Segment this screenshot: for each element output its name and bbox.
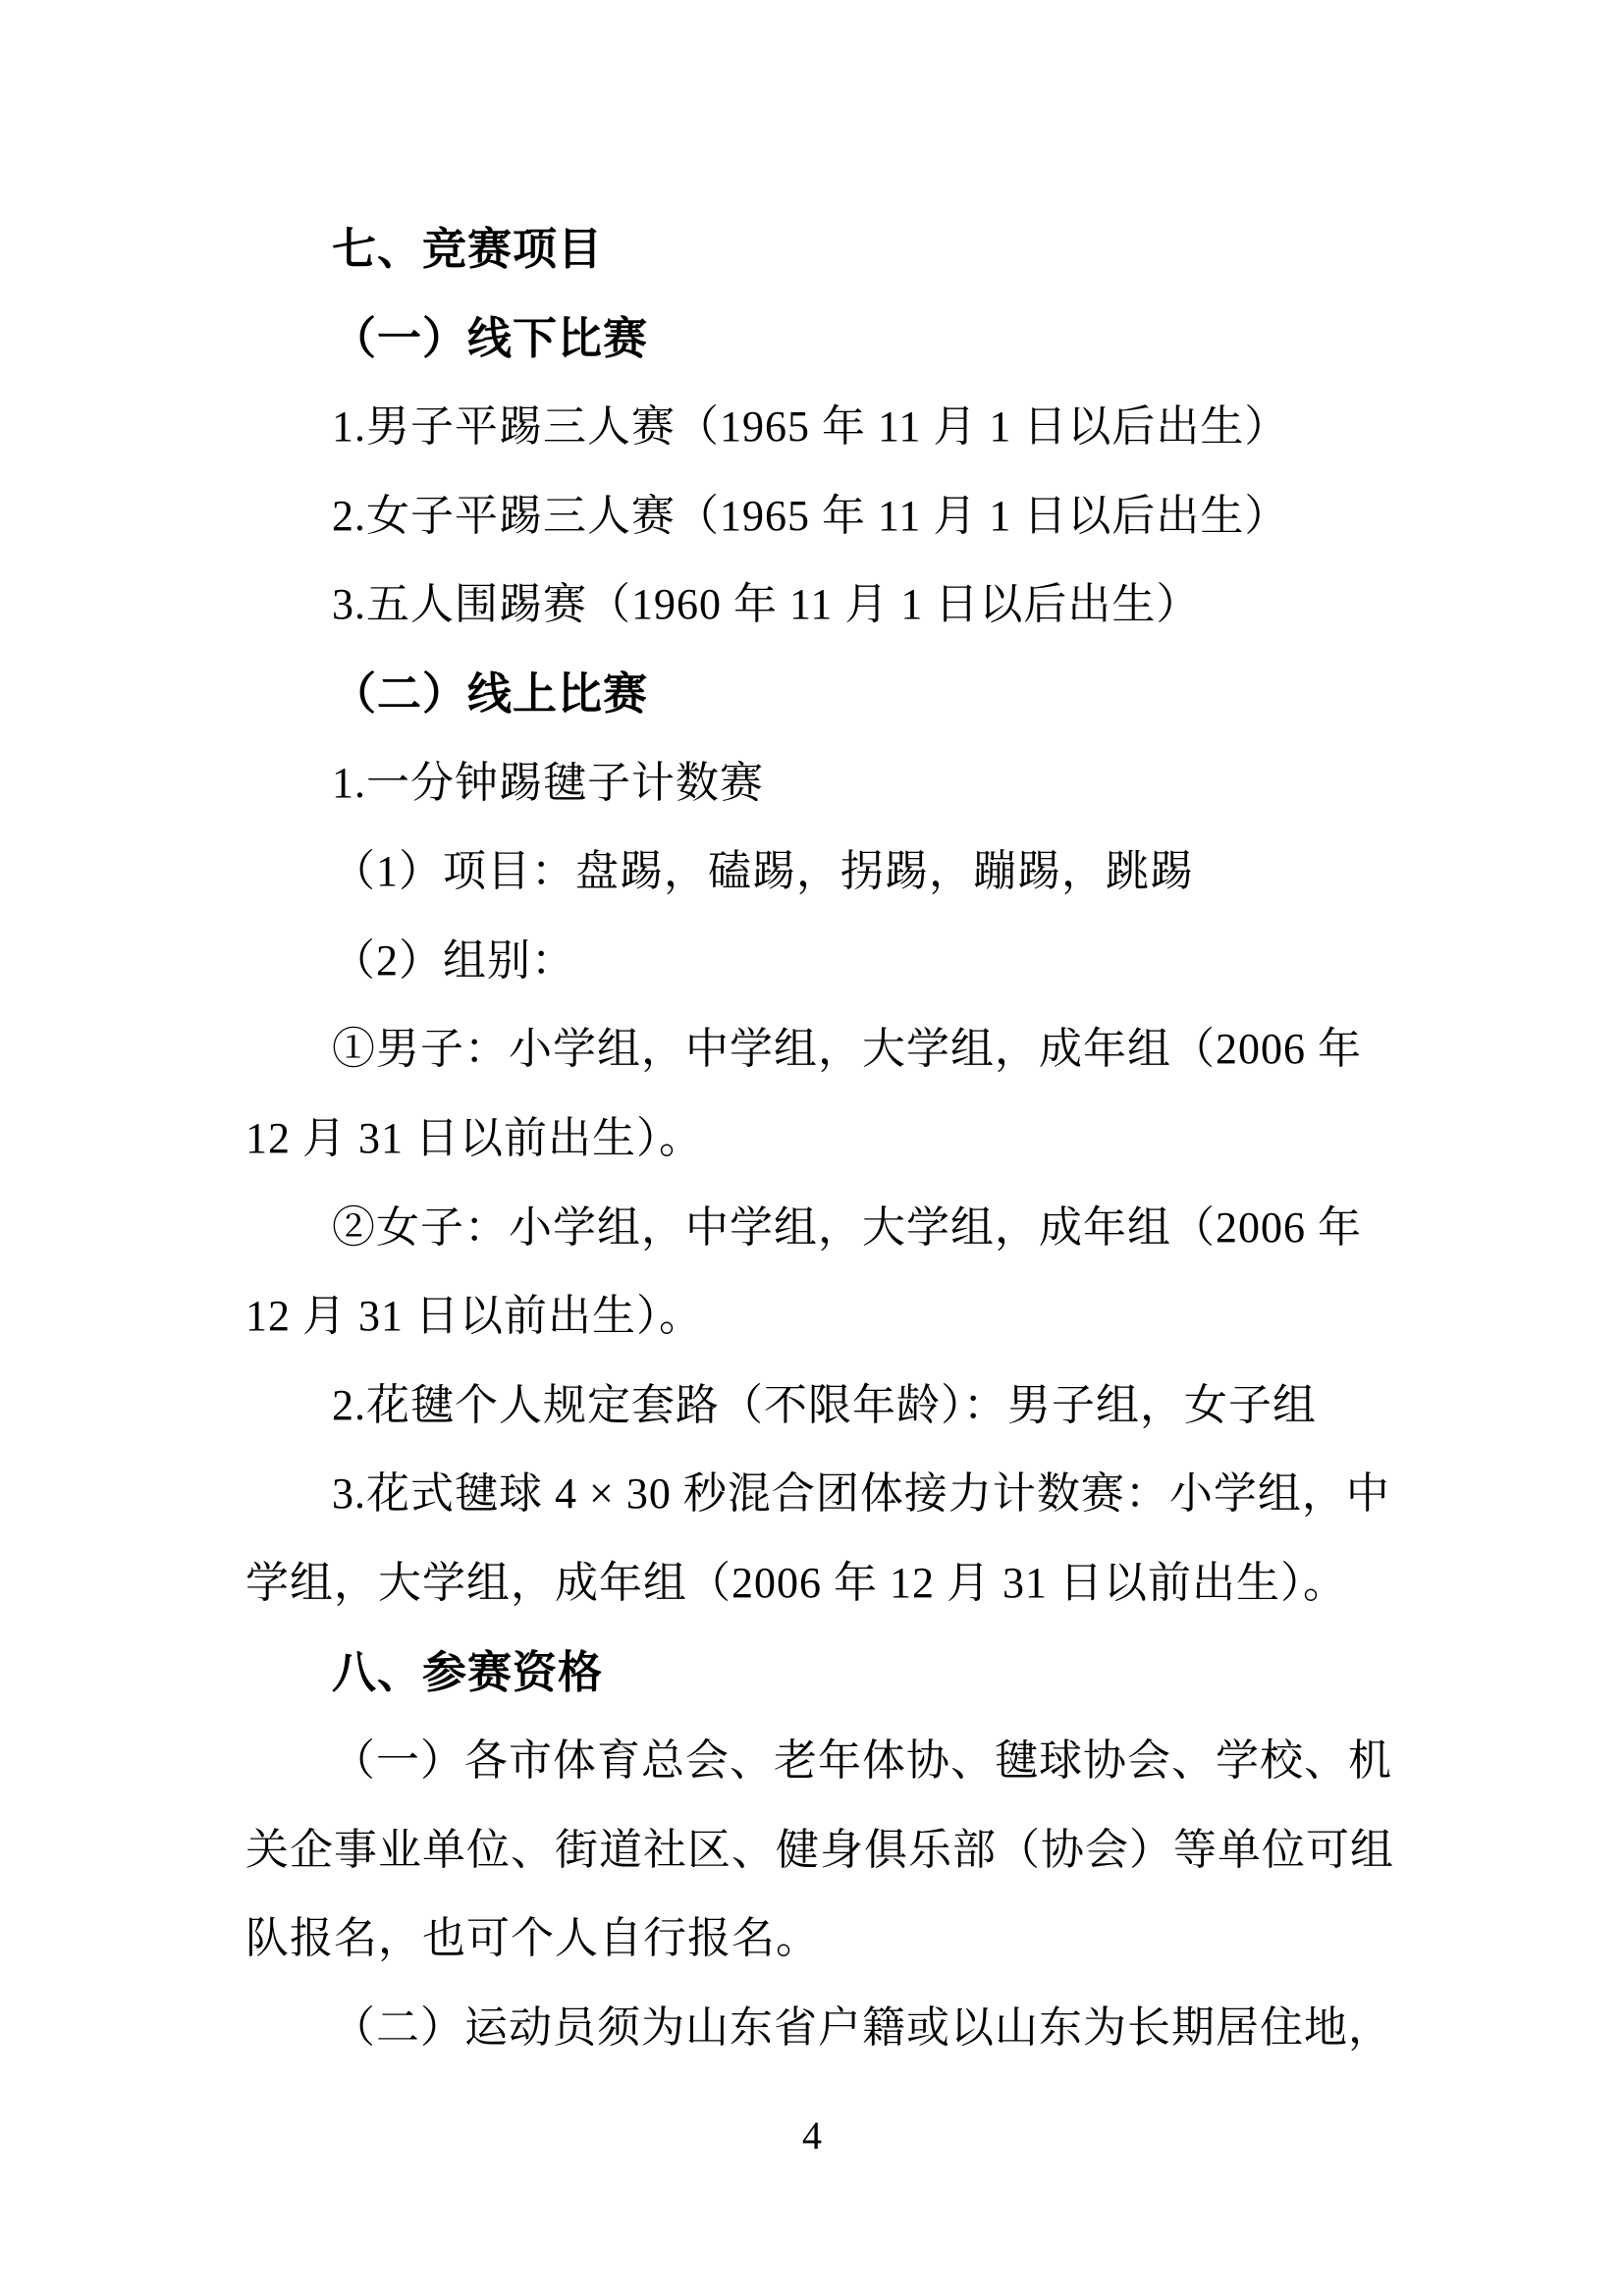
item-one-minute-kick-count: 1.一分钟踢毽子计数赛 [245, 739, 1384, 828]
eligibility-clause1-line3: 队报名，也可个人自行报名。 [245, 1895, 1384, 1984]
item-men-flat-kick-triples: 1.男子平踢三人赛（1965 年 11 月 1 日以后出生） [245, 383, 1384, 472]
subsection-heading-online-competition: （二）线上比赛 [245, 650, 1384, 739]
item-groups-label: （2）组别： [245, 917, 1384, 1006]
item-huajian-individual-routine: 2.花毽个人规定套路（不限年龄）：男子组，女子组 [245, 1362, 1384, 1451]
item-fancy-shuttlecock-relay-line1: 3.花式毽球 4 × 30 秒混合团体接力计数赛：小学组，中 [245, 1450, 1384, 1539]
eligibility-clause2-line1: （二）运动员须为山东省户籍或以山东为长期居住地， [245, 1984, 1384, 2073]
page-number: 4 [0, 2107, 1624, 2165]
group-women-line2: 12 月 31 日以前出生）。 [245, 1272, 1384, 1362]
group-men-line1: ①男子：小学组，中学组，大学组，成年组（2006 年 [245, 1005, 1384, 1095]
eligibility-clause1-line2: 关企事业单位、街道社区、健身俱乐部（协会）等单位可组 [245, 1806, 1384, 1896]
section-heading-7-competition-events: 七、竞赛项目 [245, 205, 1384, 294]
document-page: 七、竞赛项目 （一）线下比赛 1.男子平踢三人赛（1965 年 11 月 1 日… [0, 0, 1624, 2296]
document-body: 七、竞赛项目 （一）线下比赛 1.男子平踢三人赛（1965 年 11 月 1 日… [245, 205, 1384, 2072]
section-heading-8-eligibility: 八、参赛资格 [245, 1629, 1384, 1718]
item-fancy-shuttlecock-relay-line2: 学组，大学组，成年组（2006 年 12 月 31 日以前出生）。 [245, 1539, 1384, 1629]
item-events-list: （1）项目：盘踢，磕踢，拐踢，蹦踢，跳踢 [245, 828, 1384, 917]
eligibility-clause1-line1: （一）各市体育总会、老年体协、毽球协会、学校、机 [245, 1717, 1384, 1806]
group-men-line2: 12 月 31 日以前出生）。 [245, 1095, 1384, 1184]
item-women-flat-kick-triples: 2.女子平踢三人赛（1965 年 11 月 1 日以后出生） [245, 472, 1384, 561]
subsection-heading-offline-competition: （一）线下比赛 [245, 294, 1384, 384]
group-women-line1: ②女子：小学组，中学组，大学组，成年组（2006 年 [245, 1184, 1384, 1273]
item-five-person-circle-kick: 3.五人围踢赛（1960 年 11 月 1 日以后出生） [245, 561, 1384, 650]
